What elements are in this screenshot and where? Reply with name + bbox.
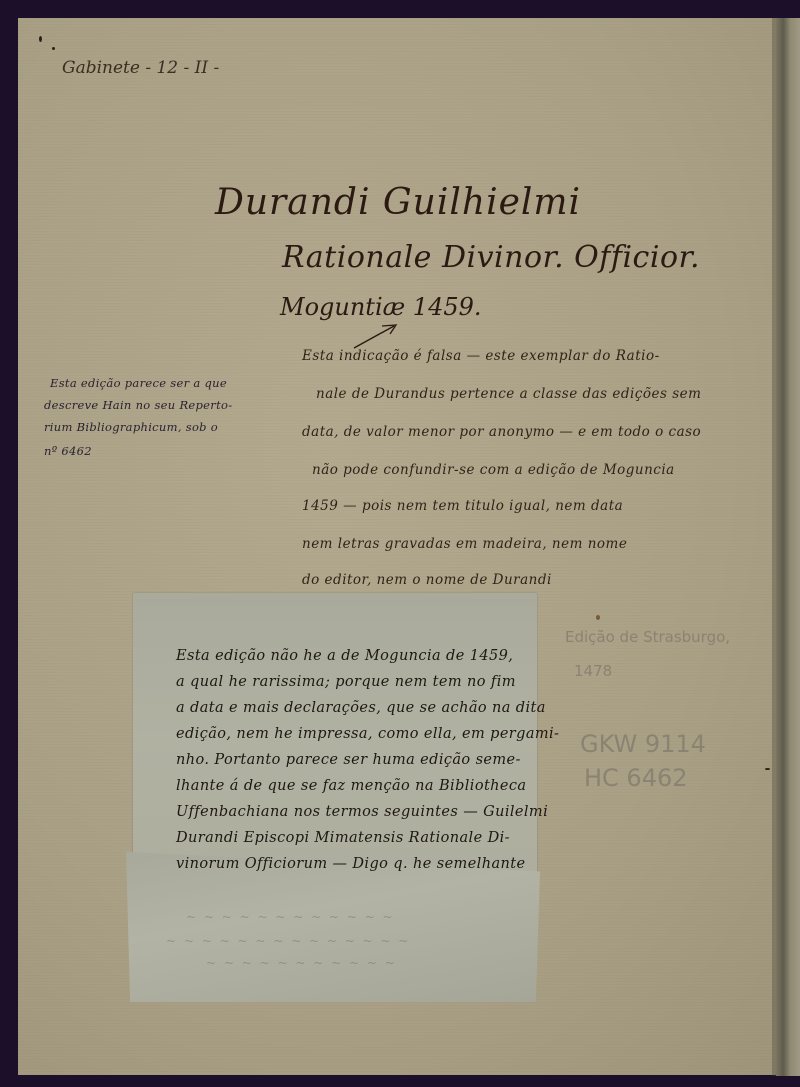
slip-line: vinorum Officiorum — Digo q. he semelhan… bbox=[176, 856, 525, 872]
page-edge bbox=[776, 18, 800, 1076]
title-imprint: Moguntiæ 1459. bbox=[280, 293, 482, 321]
main-note-line: nale de Durandus pertence a classe das e… bbox=[316, 386, 701, 402]
slip-line: Uffenbachiana nos termos seguintes — Gui… bbox=[176, 804, 548, 820]
bleed-through-text: ~ ~ ~ ~ ~ ~ ~ ~ ~ ~ ~ ~ bbox=[186, 910, 395, 924]
pencil-gkw: GKW 9114 bbox=[580, 730, 706, 758]
slip-line: lhante á de que se faz menção na Bibliot… bbox=[176, 778, 526, 794]
main-note-line: data, de valor menor por anonymo — e em … bbox=[302, 424, 701, 440]
ink-speck bbox=[52, 47, 55, 50]
shelfmark: Gabinete - 12 - II - bbox=[62, 58, 219, 78]
main-note-line: nem letras gravadas em madeira, nem nome bbox=[302, 536, 627, 552]
main-note-line: 1459 — pois nem tem titulo igual, nem da… bbox=[302, 498, 623, 514]
bleed-through-text: ~ ~ ~ ~ ~ ~ ~ ~ ~ ~ ~ bbox=[206, 956, 397, 970]
pasted-slip-fold: ~ ~ ~ ~ ~ ~ ~ ~ ~ ~ ~ ~ ~ ~ ~ ~ ~ ~ ~ ~ … bbox=[126, 852, 540, 1002]
title-work: Rationale Divinor. Officior. bbox=[282, 240, 700, 275]
margin-note-line: rium Bibliographicum, sob o bbox=[44, 420, 218, 434]
slip-line: Esta edição não he a de Moguncia de 1459… bbox=[176, 648, 513, 664]
main-note-line: do editor, nem o nome de Durandi bbox=[302, 572, 552, 588]
margin-note-line: Esta edição parece ser a que bbox=[50, 376, 227, 390]
bleed-through-text: ~ ~ ~ ~ ~ ~ ~ ~ ~ ~ ~ ~ ~ ~ bbox=[166, 934, 410, 948]
margin-note-line: nº 6462 bbox=[44, 444, 92, 458]
slip-line: Durandi Episcopi Mimatensis Rationale Di… bbox=[176, 830, 510, 846]
slip-line: edição, nem he impressa, como ella, em p… bbox=[176, 726, 559, 742]
ink-speck bbox=[39, 36, 42, 42]
slip-line: a qual he rarissima; porque nem tem no f… bbox=[176, 674, 516, 690]
ink-speck bbox=[765, 768, 770, 770]
pencil-edition: Edição de Strasburgo, bbox=[565, 628, 730, 646]
slip-line: nho. Portanto parece ser huma edição sem… bbox=[176, 752, 521, 768]
pencil-hc: HC 6462 bbox=[584, 764, 688, 792]
ink-speck bbox=[596, 615, 600, 620]
main-note-line: Esta indicação é falsa — este exemplar d… bbox=[302, 348, 660, 364]
arrow-icon bbox=[352, 322, 400, 350]
pencil-year: 1478 bbox=[574, 662, 612, 680]
title-author: Durandi Guilhielmi bbox=[215, 182, 581, 223]
main-note-line: não pode confundir-se com a edição de Mo… bbox=[312, 462, 675, 478]
margin-note-line: descreve Hain no seu Reperto- bbox=[44, 398, 232, 412]
slip-line: a data e mais declarações, que se achão … bbox=[176, 700, 546, 716]
